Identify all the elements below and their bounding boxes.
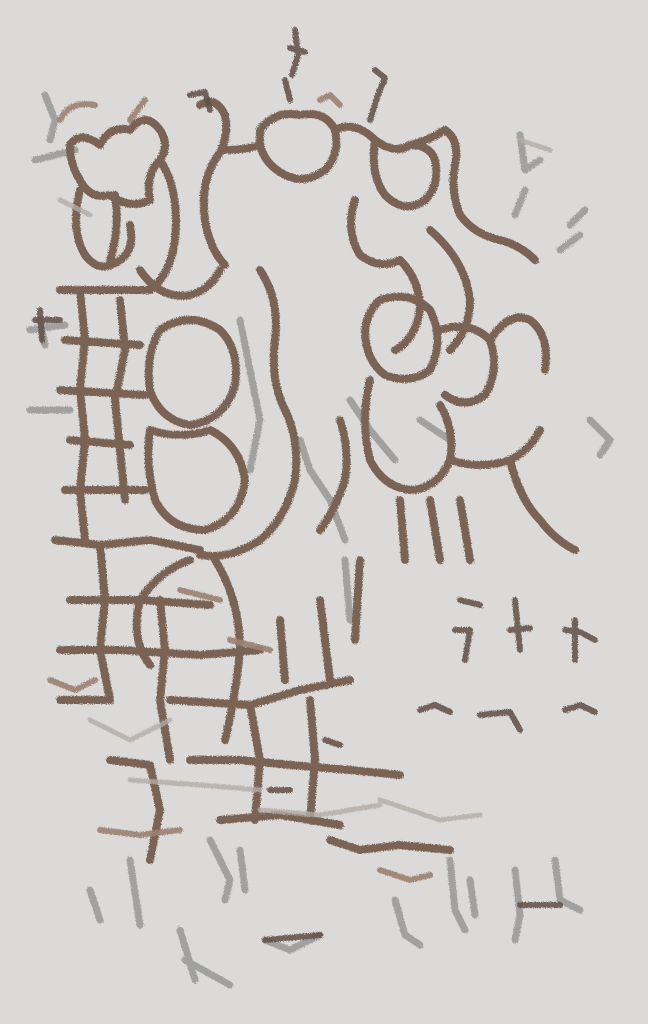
rug-image: Light grey rug with an abstract brown an… xyxy=(0,0,648,1024)
rug-pattern xyxy=(0,0,648,1024)
